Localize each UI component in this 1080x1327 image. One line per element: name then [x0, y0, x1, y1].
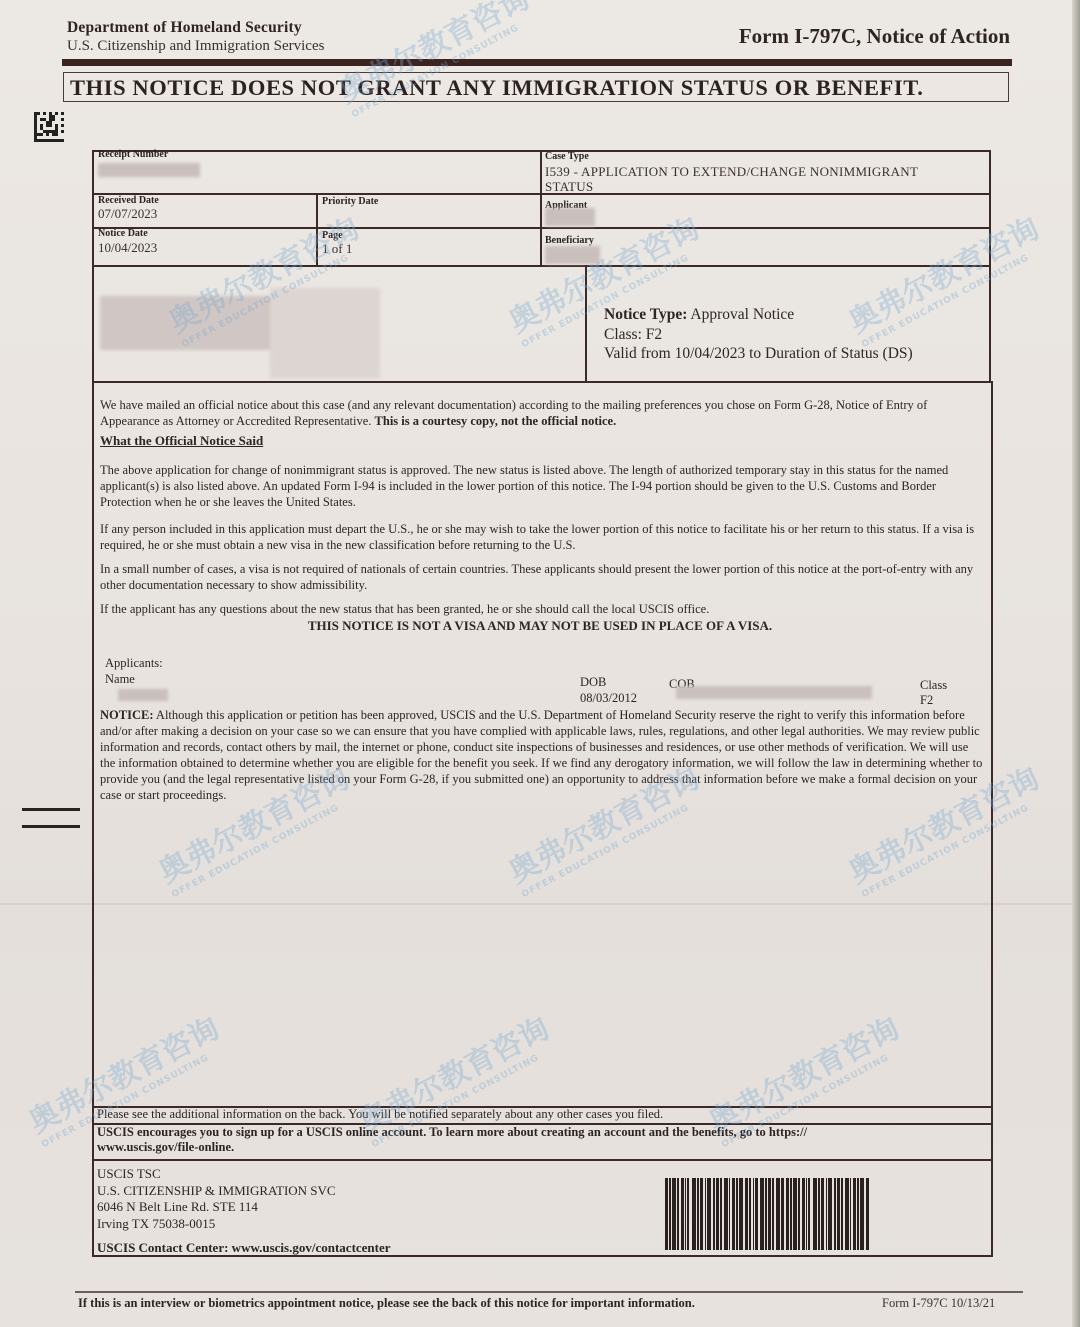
datamatrix-code-icon: [34, 112, 64, 142]
received-date-value: 07/07/2023: [98, 206, 157, 222]
address-line: USCIS TSC: [97, 1166, 336, 1183]
online-account-text: USCIS encourages you to sign up for a US…: [97, 1125, 807, 1140]
additional-info-note: Please see the additional information on…: [97, 1107, 663, 1122]
case-type-value: I539 - APPLICATION TO EXTEND/CHANGE NONI…: [545, 164, 918, 180]
grid-divider: [540, 150, 542, 267]
priority-date-label: Priority Date: [322, 196, 378, 207]
validity-period: Valid from 10/04/2023 to Duration of Sta…: [604, 344, 913, 364]
file-online-link[interactable]: www.uscis.gov/file-online.: [97, 1140, 807, 1155]
header-rule: [62, 59, 1012, 66]
contact-center-link[interactable]: USCIS Contact Center: www.uscis.gov/cont…: [97, 1240, 391, 1256]
beneficiary-label: Beneficiary: [545, 235, 594, 246]
fold-mark: [22, 808, 80, 811]
notice-type-block: Notice Type: Approval Notice Class: F2 V…: [604, 305, 913, 364]
col-header-class: Class: [920, 678, 947, 693]
receipt-number-label: Receipt Number: [98, 149, 168, 160]
block-divider: [585, 265, 587, 383]
receipt-number-redacted: [98, 163, 200, 177]
col-header-dob: DOB: [580, 675, 606, 690]
notice-date-label: Notice Date: [98, 228, 148, 239]
case-type-label: Case Type: [545, 151, 589, 162]
class-value: Class: F2: [604, 325, 913, 345]
disclaimer-banner: THIS NOTICE DOES NOT GRANT ANY IMMIGRATI…: [63, 72, 1009, 102]
grid-divider: [92, 227, 991, 229]
notice-date-value: 10/04/2023: [98, 240, 157, 256]
form-edition: Form I-797C 10/13/21: [882, 1296, 995, 1311]
beneficiary-redacted: [545, 246, 600, 264]
courtesy-intro: We have mailed an official notice about …: [100, 397, 980, 429]
appointment-note: If this is an interview or biometrics ap…: [78, 1296, 695, 1311]
mailing-address-redacted: [100, 296, 275, 350]
fold-mark: [22, 825, 80, 828]
barcode-icon: [665, 1178, 870, 1250]
section-heading: What the Official Notice Said: [100, 433, 263, 449]
questions-paragraph: If the applicant has any questions about…: [100, 601, 980, 617]
form-title: Form I-797C, Notice of Action: [739, 24, 1010, 49]
approval-paragraph: The above application for change of noni…: [100, 462, 980, 510]
mailing-address-redacted: [270, 288, 380, 378]
agency-name: U.S. Citizenship and Immigration Service…: [67, 38, 324, 55]
received-date-label: Received Date: [98, 195, 159, 206]
verification-notice: NOTICE: Although this application or pet…: [100, 707, 986, 803]
bottom-rule: [75, 1291, 1023, 1293]
applicant-redacted: [545, 208, 595, 226]
visa-exemption-paragraph: In a small number of cases, a visa is no…: [100, 561, 980, 593]
address-line: Irving TX 75038-0015: [97, 1216, 336, 1233]
uscis-address: USCIS TSC U.S. CITIZENSHIP & IMMIGRATION…: [97, 1166, 336, 1232]
verification-notice-text: Although this application or petition ha…: [100, 708, 982, 802]
page-edge: [1072, 0, 1080, 1327]
page-label: Page: [322, 230, 343, 241]
col-header-name: Name: [105, 672, 135, 687]
courtesy-copy-note: This is a courtesy copy, not the officia…: [375, 414, 617, 428]
grid-divider: [316, 193, 318, 267]
notice-type-value: Approval Notice: [690, 306, 794, 323]
applicant-dob: 08/03/2012: [580, 691, 637, 706]
online-account-note: USCIS encourages you to sign up for a US…: [97, 1125, 807, 1155]
department-name: Department of Homeland Security: [67, 19, 302, 37]
departure-paragraph: If any person included in this applicati…: [100, 521, 980, 553]
notice-type-label: Notice Type:: [604, 306, 687, 323]
address-line: U.S. CITIZENSHIP & IMMIGRATION SVC: [97, 1183, 336, 1200]
not-a-visa-warning: THIS NOTICE IS NOT A VISA AND MAY NOT BE…: [0, 618, 1080, 634]
applicant-class: F2: [920, 693, 933, 708]
applicant-cob-redacted: [676, 686, 872, 699]
footer-divider: [92, 1159, 993, 1161]
applicants-heading: Applicants:: [105, 656, 163, 671]
address-line: 6046 N Belt Line Rd. STE 114: [97, 1199, 336, 1216]
case-type-value-cont: STATUS: [545, 179, 593, 195]
grid-divider: [92, 193, 991, 195]
page-value: 1 of 1: [322, 241, 352, 257]
verification-notice-label: NOTICE:: [100, 708, 153, 722]
applicant-name-redacted: [118, 689, 168, 701]
